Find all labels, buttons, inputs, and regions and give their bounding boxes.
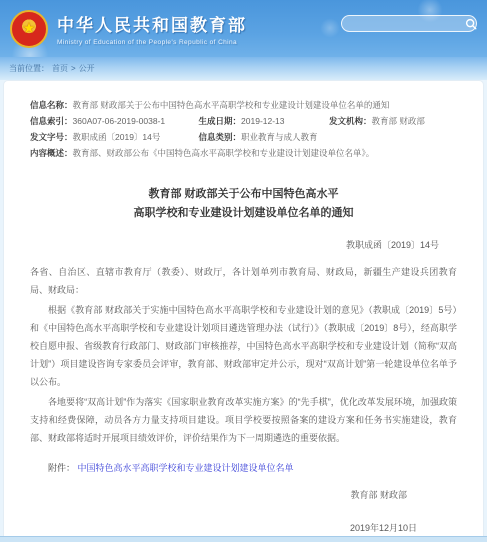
- breadcrumb-home-link[interactable]: 首页: [52, 63, 68, 74]
- meta-category-value: 职业教育与成人教育: [241, 129, 318, 145]
- site-titles: 中华人民共和国教育部 Ministry of Education of the …: [57, 11, 247, 46]
- meta-row-index: 信息索引： 360A07-06-2019-0038-1 生成日期： 2019-1…: [30, 113, 457, 129]
- breadcrumb-separator: >: [71, 64, 76, 73]
- document-title-line2: 高职学校和专业建设计划建设单位名单的通知: [30, 204, 457, 223]
- document-number: 教职成函〔2019〕14号: [30, 238, 457, 251]
- meta-docno-value: 教职成函〔2019〕14号: [73, 129, 199, 145]
- breadcrumb: 当前位置： 首页 > 公开: [0, 57, 487, 80]
- meta-org-value: 教育部 财政部: [372, 113, 425, 129]
- meta-gen-date-label: 生成日期：: [199, 113, 242, 129]
- document-meta-table: 信息名称： 教育部 财政部关于公布中国特色高水平高职学校和专业建设计划建设单位名…: [30, 97, 457, 161]
- search-box[interactable]: [341, 15, 477, 32]
- site-header: ★ 中华人民共和国教育部 Ministry of Education of th…: [0, 0, 487, 57]
- attachment-link[interactable]: 中国特色高水平高职学校和专业建设计划建设单位名单: [78, 463, 294, 473]
- site-title: 中华人民共和国教育部: [57, 11, 247, 36]
- body-paragraph-1: 根据《教育部 财政部关于实施中国特色高水平高职学校和专业建设计划的意见》（教职成…: [30, 301, 457, 391]
- attachment-label: 附件：: [48, 463, 75, 473]
- content-card: 信息名称： 教育部 财政部关于公布中国特色高水平高职学校和专业建设计划建设单位名…: [3, 80, 484, 536]
- meta-index-value: 360A07-06-2019-0038-1: [73, 113, 199, 129]
- meta-row-summary: 内容概述： 教育部、财政部公布《中国特色高水平高职学校和专业建设计划建设单位名单…: [30, 145, 457, 161]
- document-signer: 教育部 财政部: [30, 488, 457, 501]
- search-icon[interactable]: [464, 17, 478, 31]
- national-emblem-icon: ★: [10, 10, 48, 48]
- meta-name-value: 教育部 财政部关于公布中国特色高水平高职学校和专业建设计划建设单位名单的通知: [73, 97, 390, 113]
- meta-summary-value: 教育部、财政部公布《中国特色高水平高职学校和专业建设计划建设单位名单》。: [73, 145, 375, 161]
- meta-gen-date-value: 2019-12-13: [241, 113, 329, 129]
- breadcrumb-label: 当前位置：: [9, 63, 49, 74]
- body-paragraph-2: 各地要将“双高计划”作为落实《国家职业教育改革实施方案》的“先手棋”，优化改革发…: [30, 393, 457, 447]
- meta-index-label: 信息索引：: [30, 113, 73, 129]
- meta-summary-label: 内容概述：: [30, 145, 73, 161]
- document-title: 教育部 财政部关于公布中国特色高水平 高职学校和专业建设计划建设单位名单的通知: [30, 185, 457, 224]
- document-title-line1: 教育部 财政部关于公布中国特色高水平: [30, 185, 457, 204]
- meta-row-docno: 发文字号： 教职成函〔2019〕14号 信息类别： 职业教育与成人教育: [30, 129, 457, 145]
- meta-row-name: 信息名称： 教育部 财政部关于公布中国特色高水平高职学校和专业建设计划建设单位名…: [30, 97, 457, 113]
- search-input[interactable]: [342, 16, 464, 31]
- meta-docno-label: 发文字号：: [30, 129, 73, 145]
- site-subtitle: Ministry of Education of the People's Re…: [57, 39, 247, 46]
- meta-category-label: 信息类别：: [199, 129, 242, 145]
- document: 教育部 财政部关于公布中国特色高水平 高职学校和专业建设计划建设单位名单的通知 …: [30, 185, 457, 534]
- document-body: 各省、自治区、直辖市教育厅（教委）、财政厅，各计划单列市教育局、财政局，新疆生产…: [30, 263, 457, 447]
- salutation-paragraph: 各省、自治区、直辖市教育厅（教委）、财政厅，各计划单列市教育局、财政局，新疆生产…: [30, 263, 457, 299]
- footer-strip: [0, 536, 487, 542]
- document-date: 2019年12月10日: [30, 521, 457, 534]
- meta-name-label: 信息名称：: [30, 97, 73, 113]
- breadcrumb-current: 公开: [79, 63, 95, 74]
- meta-org-label: 发文机构：: [329, 113, 372, 129]
- attachment-line: 附件： 中国特色高水平高职学校和专业建设计划建设单位名单: [30, 461, 457, 474]
